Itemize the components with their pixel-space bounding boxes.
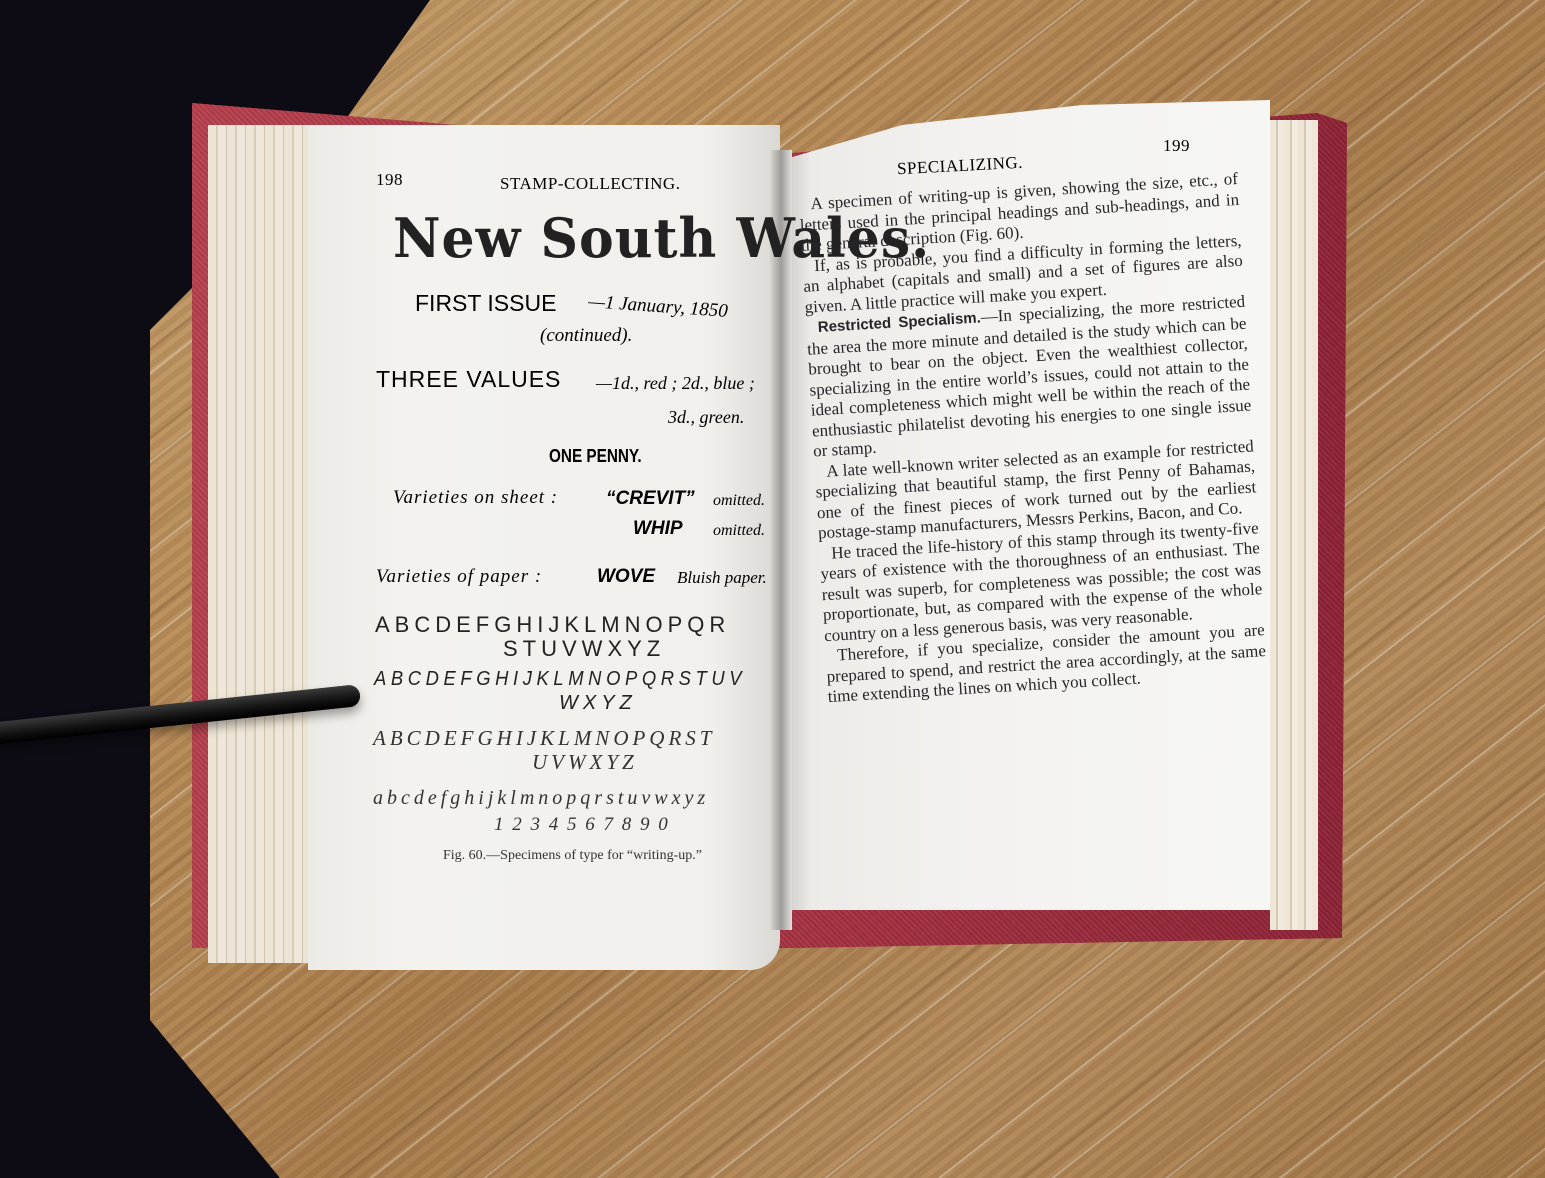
- alphabet-lowercase: abcdefghijklmnopqrstuvwxyz: [373, 787, 709, 810]
- right-page-number: 199: [1163, 136, 1190, 156]
- figure-caption: Fig. 60.—Specimens of type for “writing-…: [443, 848, 702, 864]
- variety-crevit-note: omitted.: [713, 492, 765, 510]
- alphabet-sans-line-2: STUVWXYZ: [503, 636, 665, 662]
- alphabet-script-line-1: ABCDEFGHIJKLMNOPQRST: [373, 726, 715, 751]
- varieties-sheet-label: Varieties on sheet :: [393, 487, 558, 509]
- variety-whip: WHIP: [633, 518, 683, 540]
- page-edges-right: [1270, 120, 1318, 930]
- restricted-specialism-paragraph: Restricted Specialism.—In specializing, …: [805, 292, 1253, 462]
- varieties-paper-label: Varieties of paper :: [376, 566, 542, 588]
- values-line-2: 3d., green.: [668, 407, 744, 428]
- alphabet-condensed-line-2: WXYZ: [559, 692, 637, 715]
- issue-continued: (continued).: [540, 325, 632, 347]
- variety-wove: WOVE: [597, 566, 655, 588]
- alphabet-script-line-2: UVWXYZ: [532, 750, 638, 775]
- alphabet-condensed-line-1: ABCDEFGHIJKLMNOPQRSTUV: [374, 668, 746, 691]
- alphabet-sans-line-1: ABCDEFGHIJKLMNOPQR: [375, 612, 730, 638]
- values-line-1: —1d., red ; 2d., blue ;: [596, 373, 755, 394]
- variety-whip-note: omitted.: [713, 522, 765, 540]
- numerals: 1 2 3 4 5 6 7 8 9 0: [494, 814, 670, 836]
- right-page-body: A specimen of writing-up is given, showi…: [798, 169, 1268, 708]
- variety-bluish-paper: Bluish paper.: [677, 568, 767, 588]
- denomination: ONE PENNY.: [549, 446, 642, 467]
- left-page-number: 198: [376, 170, 403, 190]
- issue-heading: FIRST ISSUE: [415, 290, 556, 317]
- values-heading: THREE VALUES: [376, 366, 561, 393]
- left-running-head: STAMP-COLLECTING.: [500, 174, 680, 194]
- page-edges-left: [208, 125, 318, 963]
- variety-crevit: “CREVIT”: [606, 488, 695, 510]
